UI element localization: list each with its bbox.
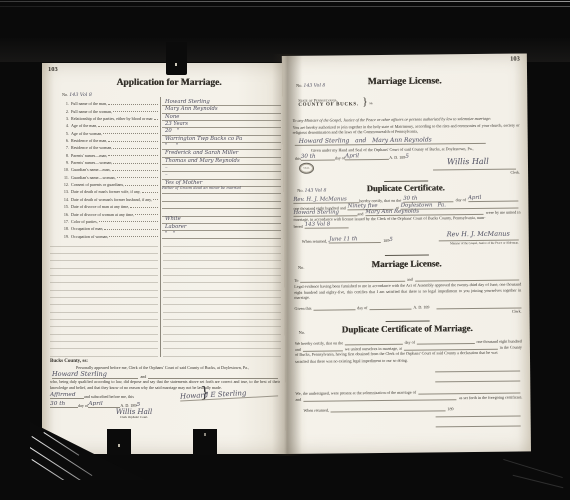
row-label-cell: 2. Full name of the woman, <box>60 109 160 114</box>
application-row: 5. Age of the woman, 20 " <box>60 128 281 135</box>
row-label: Occupation of man, <box>71 226 103 231</box>
month-handwritten: April <box>468 195 481 201</box>
row-label-cell: 5. Age of the woman, <box>60 131 160 136</box>
blank-underline <box>415 274 519 282</box>
application-row: 1. Full name of the man, Howard Sterling <box>60 99 281 106</box>
row-label-cell: 15. Date of divorce of man at any time, <box>60 204 160 209</box>
no-label: No. <box>296 83 302 88</box>
day-underline: 30 th <box>301 153 335 160</box>
blank-license-given-line: Given this day of A. D. 189 <box>294 302 429 310</box>
application-row: 7. Residence of the woman, " " <box>60 143 281 150</box>
row-label: Date of death of man's former wife, if a… <box>71 189 141 194</box>
subscribed-text: and subscribed before me, this <box>84 394 134 400</box>
right-page-license: 103 Marriage License. No. 143 Vol 8 Stat… <box>282 53 531 454</box>
row-label: Residence of the woman, <box>71 145 112 150</box>
row-number: 5. <box>60 131 69 136</box>
row-label: Full name of the woman, <box>71 109 112 114</box>
row-label-cell: 14. Date of death of woman's former husb… <box>60 197 160 202</box>
row-label: Date of divorce of woman at any time, <box>71 212 134 217</box>
clerk-title: Clerk. <box>512 310 522 314</box>
no-label: No. <box>297 188 303 193</box>
application-row: 18. Occupation of man, Laborer <box>60 224 281 231</box>
blank-duplicate-paragraph: We hereby certify, that on the day of on… <box>295 338 522 365</box>
dotted-leader <box>108 141 158 142</box>
section-divider <box>385 320 429 321</box>
row-answer-cell: Mary Ann Reynolds <box>162 106 281 113</box>
row-label-cell: 13. Date of death of man's former wife, … <box>60 189 160 194</box>
affirmed-underline: Affirmed <box>50 392 84 399</box>
dotted-leader <box>130 207 158 208</box>
dotted-leader <box>104 229 158 230</box>
page-number-right: 103 <box>510 56 520 63</box>
binding-clamp-top <box>166 42 187 75</box>
dotted-leader <box>154 119 158 120</box>
row-number: 12. <box>60 182 69 187</box>
day-of-label: day of <box>357 305 367 310</box>
row-label: Guardian's name—woman, <box>71 175 116 180</box>
row-label: Full name of the man, <box>71 101 107 106</box>
row-entry-handwritten: Warrington Twp Bucks co Pa <box>165 136 242 142</box>
and-label: and <box>407 277 413 282</box>
to-label: To <box>294 278 298 283</box>
minister-signature-title: Minister of the Gospel, Justice of the P… <box>450 241 519 246</box>
application-row: 9. Parents' names—woman, Thomas and Mary… <box>60 158 281 165</box>
row-answer-cell: None <box>162 114 281 121</box>
row-number: 13. <box>60 189 69 194</box>
row-number: 14. <box>60 197 69 202</box>
application-row: 8. Parents' names—man, Frederick and Sar… <box>60 150 281 157</box>
row-label-cell: 3. Relationship of the parties, either b… <box>60 116 160 121</box>
row-label: Color of parties, <box>71 219 98 224</box>
row-entry-handwritten: Laborer <box>165 224 186 230</box>
blank-license-no-label: No. <box>298 265 304 270</box>
application-row: 19. Occupation of woman, " " <box>60 231 281 238</box>
dotted-leader <box>142 192 158 193</box>
clamp-highlight <box>175 63 177 66</box>
row-number: 19. <box>60 234 69 239</box>
row-label: Consent of parents or guardians, <box>71 182 124 187</box>
row-label: Occupation of woman, <box>71 234 108 239</box>
application-row: 10. Guardian's name—man, – <box>60 165 281 172</box>
right-page-content: 103 Marriage License. No. 143 Vol 8 Stat… <box>282 53 531 454</box>
row-label-cell: 18. Occupation of man, <box>60 226 160 231</box>
blank-underline <box>313 303 355 310</box>
dotted-leader <box>125 185 158 186</box>
form-text: as set forth in the foregoing certificat… <box>459 395 523 401</box>
bride-handwritten: Mary Ann Reynolds <box>365 208 419 215</box>
party-signature: Howard E Sterling <box>180 389 278 401</box>
dotted-leader <box>109 236 158 237</box>
row-label-cell: 4. Age of the man, <box>60 123 160 128</box>
clamp-highlight <box>118 444 120 447</box>
row-answer-cell: Yes of Mother Father of Groom dead an mi… <box>162 180 281 187</box>
blank-ruled-lines-left <box>50 239 158 357</box>
form-line: satisfied that there was no existing leg… <box>295 356 522 364</box>
deponent-underline: Howard Sterling <box>52 372 138 379</box>
row-label-cell: 7. Residence of the woman, <box>60 145 160 150</box>
row-label: Relationship of the parties, either by b… <box>71 116 153 121</box>
blank-license-title: Marriage License. <box>284 257 529 270</box>
license-body: You are hereby authorized to join togeth… <box>293 123 520 136</box>
witness-signature-blank-line <box>436 410 521 418</box>
scratch-streak <box>513 475 564 489</box>
row-entry-handwritten: None <box>165 114 179 120</box>
witness-paragraph: We, the undersigned, were present at the… <box>295 388 522 402</box>
dotted-leader <box>108 104 158 105</box>
row-number: 17. <box>60 219 69 224</box>
row-answer-cell: Thomas and Mary Reynolds <box>162 158 281 165</box>
form-line: and as set forth in the foregoing certif… <box>295 394 522 402</box>
ad-label: A. D. 189 <box>389 155 405 160</box>
clerk-signature: Willis Hall <box>433 157 516 171</box>
certificate-line: bered 143 Vol 8 <box>294 221 521 230</box>
row-label-cell: 16. Date of divorce of woman at any time… <box>60 212 160 217</box>
row-label-cell: 10. Guardian's name—man, <box>60 167 160 172</box>
left-page-application: 103 Application for Marriage. No. 143 Vo… <box>42 63 286 454</box>
binding-clamp-bottom-left <box>107 429 131 455</box>
application-title: Application for Marriage. <box>72 78 266 88</box>
row-answer-cell: Howard Sterling <box>162 99 281 106</box>
returned-date-handwritten: June 11 th <box>329 236 357 242</box>
dotted-leader <box>113 148 158 149</box>
row-label: Date of divorce of man at any time, <box>71 204 129 209</box>
clerk-title: Clerk. <box>510 171 520 175</box>
row-answer-cell: Frederick and Sarah Miller <box>162 150 281 157</box>
clamp-highlight <box>204 433 206 436</box>
returned-year-digit: 5 <box>389 237 393 243</box>
row-answer-cell: Warrington Twp Bucks co Pa <box>162 136 281 143</box>
year-digit-handwritten: 5 <box>405 154 409 160</box>
month-handwritten: April <box>345 153 359 159</box>
application-row: 12. Consent of parents or guardians, Yes… <box>60 180 281 187</box>
blank-underline <box>148 372 278 379</box>
application-row: 17. Color of parties, White <box>60 217 281 224</box>
license-no-underline: 143 Vol 8 <box>305 222 349 229</box>
row-entry-handwritten: Mary Ann Reynolds <box>165 106 218 112</box>
license-no-handwritten: 143 Vol 8 <box>305 222 331 228</box>
row-number: 15. <box>60 204 69 209</box>
form-text: and <box>295 397 301 402</box>
blank-underline <box>300 275 404 283</box>
row-number: 18. <box>60 226 69 231</box>
application-rows: 1. Full name of the man, Howard Sterling… <box>60 99 281 239</box>
row-label-cell: 1. Full name of the man, <box>60 101 160 106</box>
blank-duplicate-no-label: No. <box>299 330 305 335</box>
row-answer-cell: – <box>162 165 281 172</box>
duplicate-number-line: No. 143 Vol 8 <box>297 188 326 194</box>
row-number: 9. <box>60 160 69 165</box>
returned-date-underline: June 11 th <box>329 236 381 244</box>
clerk-signature-blank-line <box>436 302 521 310</box>
application-row: 3. Relationship of the parties, either b… <box>60 114 281 121</box>
application-row: 14. Date of death of woman's former husb… <box>60 194 281 201</box>
blank-underline <box>345 338 403 346</box>
bered-label: bered <box>294 224 303 229</box>
application-row: 15. Date of divorce of man at any time, <box>60 202 281 209</box>
row-number: 16. <box>60 212 69 217</box>
witness-signature-blank-line <box>436 420 521 428</box>
row-entry-handwritten: 20 " <box>165 128 179 134</box>
month-underline: April <box>345 153 389 160</box>
returned-label: When returned, <box>302 239 328 244</box>
row-answer-cell: White <box>162 216 281 223</box>
row-number: 6. <box>60 138 69 143</box>
scanned-record-photo: 103 Application for Marriage. No. 143 Vo… <box>0 0 570 500</box>
application-row: 2. Full name of the woman, Mary Ann Reyn… <box>60 106 281 113</box>
application-row: 11. Guardian's name—woman, – <box>60 172 281 179</box>
row-entry-handwritten: " " <box>165 231 175 237</box>
row-entry-handwritten: Howard Sterling <box>165 99 210 105</box>
blank-underline <box>331 404 445 412</box>
affidavit-deponent-line: Howard Sterling and <box>50 370 280 379</box>
united-text: were by me united in <box>486 209 521 214</box>
seal-label: SEAL <box>303 167 310 170</box>
row-answer-cell: " " <box>162 143 281 150</box>
day-of-label: day of <box>335 155 345 160</box>
binding-clamp-bottom-right <box>193 429 217 455</box>
row-entry-handwritten: – <box>165 172 168 178</box>
row-label-cell: 12. Consent of parents or guardians, <box>60 182 160 187</box>
row-answer-cell: Laborer <box>162 224 281 231</box>
row-number: 7. <box>60 145 69 150</box>
state-brace: } <box>362 96 367 108</box>
dotted-leader <box>99 221 158 222</box>
row-entry-handwritten: " " <box>165 143 178 149</box>
minister-signature: Rev H. J. McManus <box>439 230 519 242</box>
dotted-leader <box>117 177 158 178</box>
dotted-leader <box>103 133 158 134</box>
row-answer-cell: – <box>162 172 281 179</box>
row-label: Guardian's name—man, <box>71 167 111 172</box>
couple-names-handwritten: Howard Sterling and Mary Ann Reynolds <box>295 136 486 146</box>
scan-artifact-line <box>0 1 570 2</box>
scan-artifact-line <box>0 6 570 7</box>
row-answer-cell <box>162 193 281 194</box>
row-entry-note: Father of Groom dead an minor be married <box>162 186 241 190</box>
month-underline: April <box>88 401 120 408</box>
row-entry-handwritten: Frederick and Sarah Miller <box>165 150 238 156</box>
state-county-block: State of Pennsylvania, COUNTY OF BUCKS. … <box>298 97 388 108</box>
day-underline: 30 th <box>50 401 78 408</box>
dotted-leader <box>113 163 158 164</box>
minister-name-handwritten: Rev. H. J. McManus <box>293 197 346 204</box>
row-number: 11. <box>60 175 69 180</box>
dotted-leader <box>113 111 158 112</box>
row-label: Parents' names—woman, <box>71 160 112 165</box>
blank-underline <box>370 303 412 310</box>
row-entry-handwritten: 23 Years <box>165 121 188 127</box>
row-answer-cell: 23 Years <box>162 121 281 128</box>
row-label-cell: 9. Parents' names—woman, <box>60 160 160 165</box>
day-handwritten: 30 th <box>301 154 316 160</box>
row-label-cell: 19. Occupation of woman, <box>60 234 160 239</box>
dotted-leader <box>108 155 158 156</box>
county-line: COUNTY OF BUCKS. <box>298 102 388 108</box>
row-label-cell: 6. Residence of the man, <box>60 138 160 143</box>
returned-label: When returned, <box>304 408 330 413</box>
form-text: satisfied that there was no existing leg… <box>295 358 408 364</box>
dotted-leader <box>153 199 158 200</box>
row-number: 10. <box>60 167 69 172</box>
application-number-line: No. 143 Vol 8 <box>62 92 92 98</box>
application-row: 4. Age of the man, 23 Years <box>60 121 281 128</box>
row-number: 4. <box>60 123 69 128</box>
row-number: 1. <box>60 101 69 106</box>
couple-signature-blank-line <box>435 365 520 373</box>
column-divider-rule <box>160 97 161 357</box>
groom-handwritten: Howard Sterling <box>293 209 339 215</box>
month-handwritten: April <box>88 401 102 407</box>
clerk-title: Clerk Orphans' Court. <box>92 416 176 420</box>
returned-line: When returned, June 11 th 189 5 <box>302 235 452 244</box>
application-row: 6. Residence of the man, Warrington Twp … <box>60 136 281 143</box>
section-divider <box>384 254 428 255</box>
affidavit-section: Bucks County, ss: Personally appeared be… <box>50 359 280 420</box>
blank-ruled-lines-right <box>163 239 281 357</box>
blank-duplicate-title: Duplicate Certificate of Marriage. <box>285 322 530 335</box>
dotted-leader <box>98 126 158 127</box>
row-number: 8. <box>60 153 69 158</box>
row-answer-cell: 20 " <box>162 128 281 135</box>
given-label: Given this <box>294 306 311 311</box>
row-label: Date of death of woman's former husband,… <box>71 197 152 202</box>
no-value-handwritten: 143 Vol 8 <box>304 84 326 89</box>
row-label-cell: 8. Parents' names—man, <box>60 153 160 158</box>
duplicate-certificate-paragraph: Rev. H. J. McManus hereby certify, that … <box>293 196 520 230</box>
row-entry-handwritten: – <box>165 165 168 171</box>
application-row: 16. Date of divorce of woman at any time… <box>60 209 281 216</box>
affirmed-handwritten: Affirmed <box>50 392 76 398</box>
day-handwritten: 30 th <box>403 196 417 202</box>
row-label-cell: 11. Guardian's name—woman, <box>60 175 160 180</box>
row-answer-cell: " " <box>162 231 281 238</box>
row-label: Age of the man, <box>71 123 97 128</box>
row-label: Age of the woman, <box>71 131 102 136</box>
scratch-streak <box>29 447 100 494</box>
license-number-line: No. 143 Vol 8 <box>296 83 325 89</box>
row-number: 2. <box>60 109 69 114</box>
ad-label: A. D. 189 <box>413 304 429 309</box>
no-label: No. <box>62 92 68 97</box>
row-answer-cell <box>162 208 281 209</box>
deponent-signature: Howard Sterling <box>52 370 107 378</box>
license-address-line: To any Minister of the Gospel, Justice o… <box>292 116 519 123</box>
row-label: Parents' names—man, <box>71 153 107 158</box>
affidavit-date-line: 30 th day of April A. D. 189 5 <box>50 399 202 408</box>
row-label: Residence of the man, <box>71 138 107 143</box>
blank-underline <box>303 393 457 402</box>
form-text: in the County <box>500 345 522 350</box>
day-handwritten: 30 th <box>50 401 65 407</box>
ss-label: ss. <box>369 101 373 105</box>
day-of-label: day of <box>78 403 88 409</box>
row-entry-handwritten: Thomas and Mary Reynolds <box>165 158 240 164</box>
dotted-leader <box>135 214 158 215</box>
no-value-handwritten: 143 Vol 8 <box>305 189 327 194</box>
court-seal-icon: SEAL <box>299 163 314 174</box>
row-number: 3. <box>60 116 69 121</box>
blank-license-body: Legal evidence having been furnished to … <box>294 282 521 301</box>
row-entry-handwritten: White <box>165 216 181 222</box>
no-value-handwritten: 143 Vol 8 <box>69 93 92 98</box>
dotted-leader <box>112 170 158 171</box>
row-answer-cell <box>162 201 281 202</box>
row-label-cell: 17. Color of parties, <box>60 219 160 224</box>
page-number-left: 103 <box>48 66 58 73</box>
blank-returned-line: When returned, 189 <box>303 404 453 413</box>
couple-signature-blank-line <box>435 375 520 383</box>
